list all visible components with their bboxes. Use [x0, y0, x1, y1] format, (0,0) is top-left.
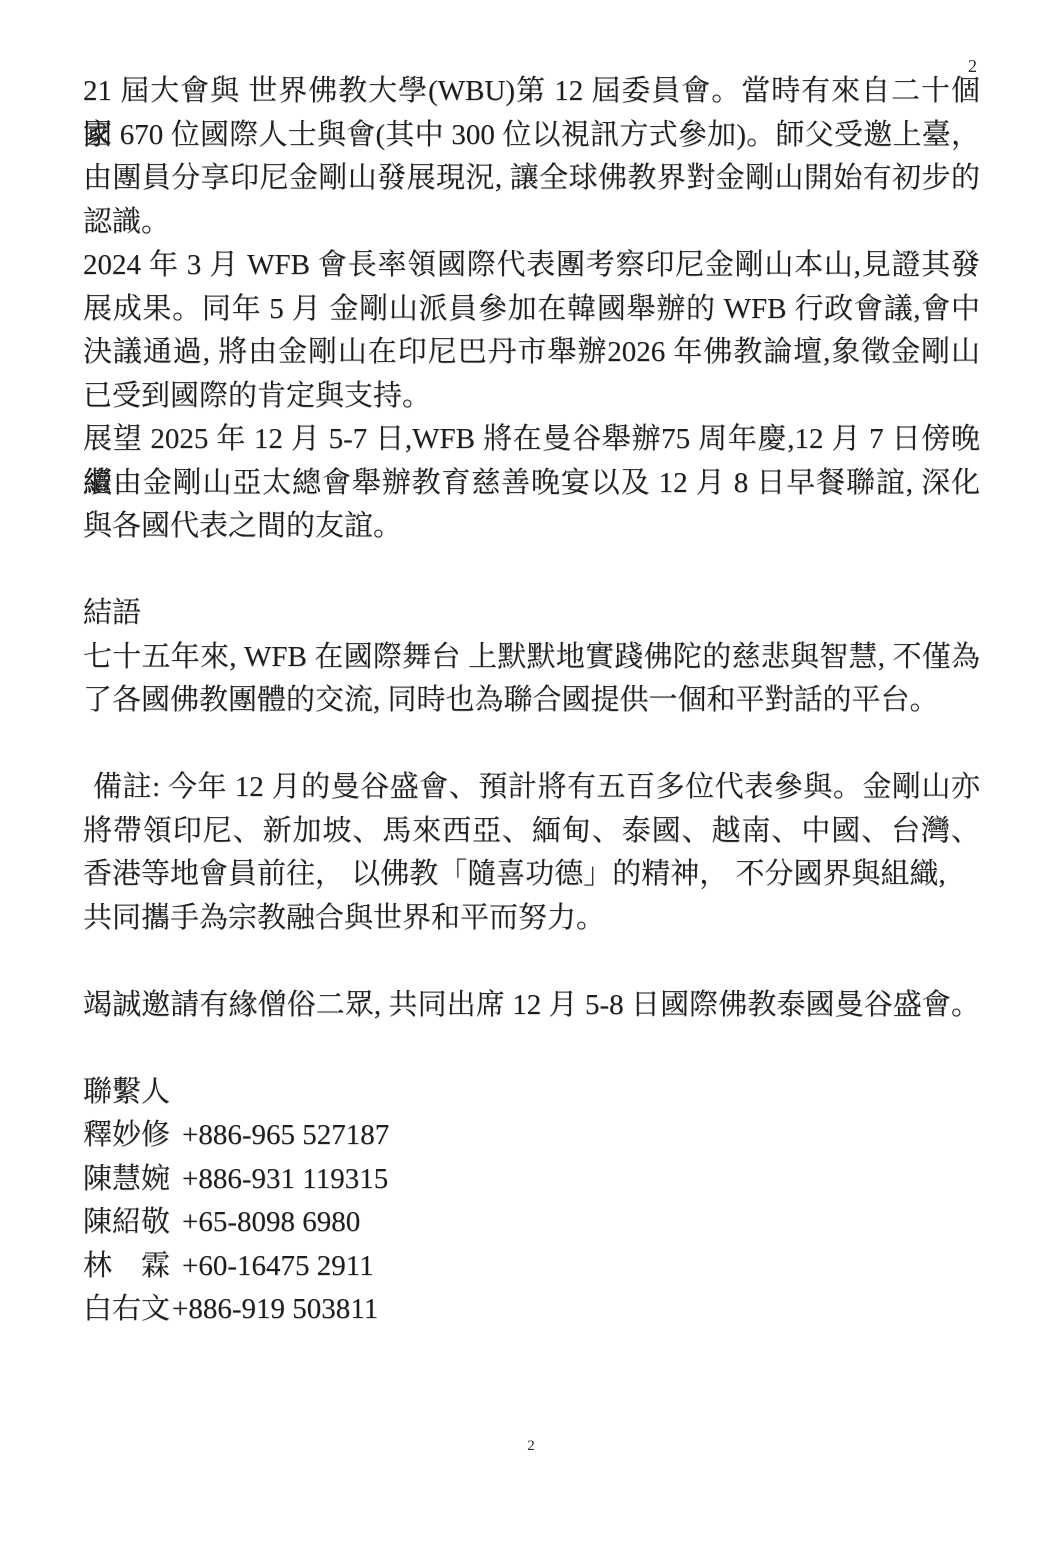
text-line: 家 670 位國際人士與會(其中 300 位以視訊方式參加)。師父受邀上臺， [83, 114, 980, 158]
text-line: 2024 年 3 月 WFB 會長率領國際代表團考察印尼金剛山本山,見證其發 [83, 244, 980, 288]
contacts-heading: 聯繫人 [83, 1071, 980, 1115]
contact-name: 釋妙修 [83, 1119, 170, 1151]
text-line: 了各國佛教團體的交流, 同時也為聯合國提供一個和平對話的平台。 [83, 679, 980, 723]
text-line: 認識。 [83, 201, 980, 245]
contact-phone: +60-16475 2911 [182, 1250, 374, 1282]
paragraph: 展望 2025 年 12 月 5-7 日,WFB 將在曼谷舉辦75 周年慶,12… [83, 418, 980, 549]
footer-page-number: 2 [0, 1438, 1062, 1455]
paragraph: 2024 年 3 月 WFB 會長率領國際代表團考察印尼金剛山本山,見證其發 展… [83, 244, 980, 418]
text-line: 將帶領印尼、新加坡、馬來西亞、緬甸、泰國、越南、中國、台灣、 [83, 810, 980, 854]
conclusion-section: 結語 七十五年來, WFB 在國際舞台 上默默地實踐佛陀的慈悲與智慧, 不僅為 … [83, 592, 980, 723]
text-line: 備註: 今年 12 月的曼谷盛會、預計將有五百多位代表參與。金剛山亦 [83, 766, 980, 810]
contact-phone: +886-931 119315 [182, 1163, 388, 1195]
contact-name: 林 霖 [83, 1250, 170, 1282]
text-line: 七十五年來, WFB 在國際舞台 上默默地實踐佛陀的慈悲與智慧, 不僅為 [83, 636, 980, 680]
text-line: 共同攜手為宗教融合與世界和平而努力。 [83, 897, 980, 941]
paragraph: 21 屆大會與 世界佛教大學(WBU)第 12 屆委員會。當時有來自二十個國 家… [83, 70, 980, 244]
spacer [83, 723, 980, 767]
contact-phone: +886-965 527187 [182, 1119, 389, 1151]
text-line: 已受到國際的肯定與支持。 [83, 375, 980, 419]
text-line: 由團員分享印尼金剛山發展現況, 讓全球佛教界對金剛山開始有初步的 [83, 157, 980, 201]
text-line: 續由金剛山亞太總會舉辦教育慈善晚宴以及 12 月 8 日早餐聯誼, 深化 [83, 462, 980, 506]
spacer [83, 940, 980, 984]
contact-name: 陳紹敬 [83, 1206, 170, 1238]
contact-phone: +65-8098 6980 [182, 1206, 360, 1238]
text-line: 21 屆大會與 世界佛教大學(WBU)第 12 屆委員會。當時有來自二十個國 [83, 70, 980, 114]
contact-row: 陳紹敬+65-8098 6980 [83, 1201, 980, 1245]
contact-phone: +886-919 503811 [172, 1293, 378, 1325]
document-body: 21 屆大會與 世界佛教大學(WBU)第 12 屆委員會。當時有來自二十個國 家… [83, 70, 980, 1332]
spacer [83, 549, 980, 593]
text-line: 香港等地會員前往， 以佛教「隨喜功德」的精神， 不分國界與組織, [83, 853, 980, 897]
text-line: 與各國代表之間的友誼。 [83, 505, 980, 549]
contact-row: 陳慧婉+886-931 119315 [83, 1158, 980, 1202]
remark-paragraph: 備註: 今年 12 月的曼谷盛會、預計將有五百多位代表參與。金剛山亦 將帶領印尼… [83, 766, 980, 940]
contact-row: 林 霖+60-16475 2911 [83, 1245, 980, 1289]
text-line: 決議通過, 將由金剛山在印尼巴丹市舉辦2026 年佛教論壇,象徵金剛山 [83, 331, 980, 375]
conclusion-heading: 結語 [83, 592, 980, 636]
document-page: 2 21 屆大會與 世界佛教大學(WBU)第 12 屆委員會。當時有來自二十個國… [0, 0, 1062, 1542]
text-line: 展望 2025 年 12 月 5-7 日,WFB 將在曼谷舉辦75 周年慶,12… [83, 418, 980, 462]
contact-row: 釋妙修+886-965 527187 [83, 1114, 980, 1158]
text-line: 展成果。同年 5 月 金剛山派員參加在韓國舉辦的 WFB 行政會議,會中 [83, 288, 980, 332]
contact-name: 陳慧婉 [83, 1163, 170, 1195]
invitation-line: 竭誠邀請有緣僧俗二眾, 共同出席 12 月 5-8 日國際佛教泰國曼谷盛會。 [83, 984, 980, 1028]
contact-name: 白右文 [83, 1293, 170, 1325]
contact-row: 白右文+886-919 503811 [83, 1288, 980, 1332]
contact-list: 聯繫人 釋妙修+886-965 527187 陳慧婉+886-931 11931… [83, 1071, 980, 1332]
spacer [83, 1027, 980, 1071]
